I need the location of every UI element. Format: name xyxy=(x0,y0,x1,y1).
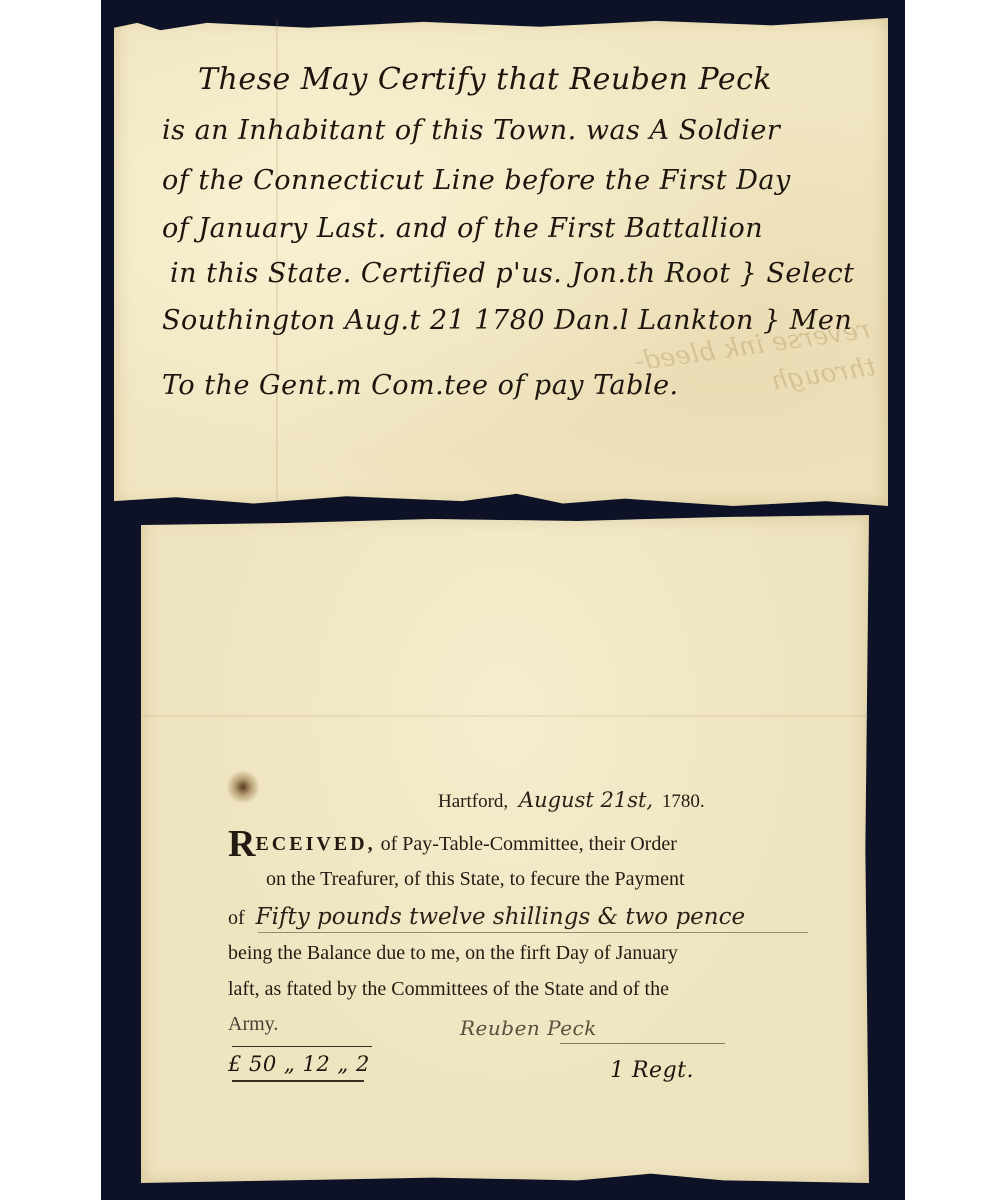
receipt-line-3: of Fifty pounds twelve shillings & two p… xyxy=(228,904,745,930)
certificate-line-6: Southington Aug.t 21 1780 Dan.l Lankton … xyxy=(162,305,852,336)
receipt-regiment: 1 Regt. xyxy=(610,1058,694,1083)
receipt-signature: Reuben Peck xyxy=(460,1016,597,1040)
receipt-amount-written: Fifty pounds twelve shillings & two penc… xyxy=(256,904,745,930)
receipt-received-word: ECEIVED, xyxy=(255,833,375,855)
certificate-line-5: in this State. Certified p'us. Jon.th Ro… xyxy=(170,258,854,289)
amount-underline xyxy=(258,932,808,933)
certificate-line-1: These May Certify that Reuben Peck xyxy=(198,62,772,97)
receipt-line-2: on the Treafurer, of this State, to fecu… xyxy=(266,868,685,891)
receipt-place: Hartford, xyxy=(438,791,508,812)
receipt-line-5: laft, as ftated by the Committees of the… xyxy=(228,978,669,1001)
receipt-dropcap: R xyxy=(228,823,255,865)
receipt-dateline: Hartford, August 21st, 1780. xyxy=(438,788,705,813)
paper-fold xyxy=(142,715,868,717)
certificate-address: To the Gent.m Com.tee of pay Table. xyxy=(162,370,679,401)
certificate-line-2: is an Inhabitant of this Town. was A Sol… xyxy=(162,115,780,146)
receipt-amount-figures: £ 50 „ 12 „ 2 xyxy=(228,1052,370,1076)
receipt-line-6: Army. xyxy=(228,1013,278,1036)
receipt-date-handwritten: August 21st, xyxy=(519,788,653,812)
receipt-line-3-prefix: of xyxy=(228,907,245,929)
signature-line xyxy=(560,1043,725,1044)
receipt-line-1-rest: of Pay-Table-Committee, their Order xyxy=(381,833,677,855)
amount-figures-bottom-rule xyxy=(232,1080,364,1082)
certificate-line-4: of January Last. and of the First Battal… xyxy=(162,213,763,244)
ink-stain xyxy=(226,770,260,804)
receipt-line-4: being the Balance due to me, on the firf… xyxy=(228,942,678,965)
receipt-year: 1780. xyxy=(662,791,705,812)
certificate-line-3: of the Connecticut Line before the First… xyxy=(162,165,791,196)
receipt-line-1: RECEIVED, of Pay-Table-Committee, their … xyxy=(228,825,677,863)
amount-figures-top-rule xyxy=(232,1046,372,1047)
